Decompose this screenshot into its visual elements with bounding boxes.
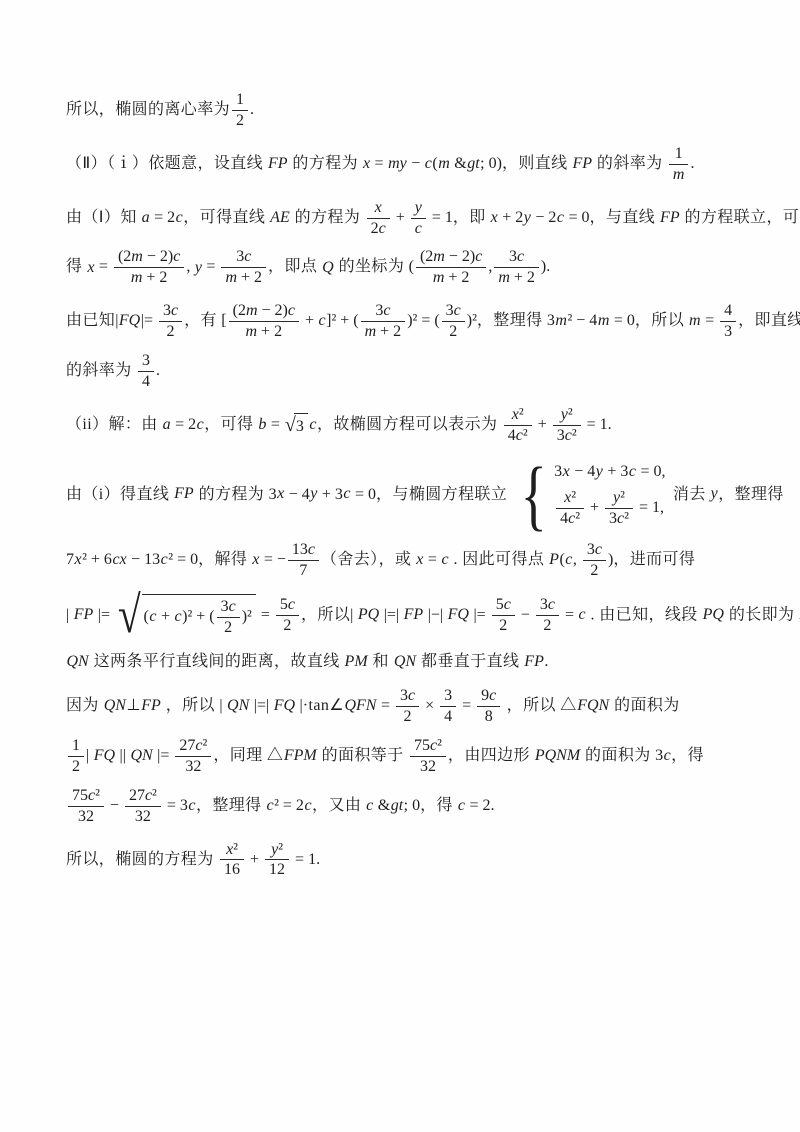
denominator: c xyxy=(411,218,426,238)
math-run: 3 xyxy=(296,418,304,435)
text-line: 由已知|FQ|= 3c2，有 [(2m − 2)cm + 2 + c]² + (… xyxy=(66,301,744,342)
fraction: 75c²32 xyxy=(68,787,104,826)
text-run: 的面积为 xyxy=(581,747,655,764)
denominator: m + 2 xyxy=(494,267,539,287)
math-run: = c xyxy=(561,606,586,623)
fraction: x²4c² xyxy=(504,406,532,445)
math-run: | PQ |=| FP |−| FQ |= xyxy=(350,606,490,623)
math-run: P(c, xyxy=(549,551,581,568)
math-run: + xyxy=(586,499,603,516)
denominator: 2 xyxy=(159,321,182,341)
radicand: (c + c)² + (3c2)² xyxy=(142,594,256,638)
denominator: m + 2 xyxy=(229,321,299,341)
numerator: 3c xyxy=(442,302,465,321)
text-run: ，则直线 xyxy=(502,155,572,172)
math-run: [ xyxy=(221,312,226,329)
math-run: + xyxy=(246,851,263,868)
math-run: × xyxy=(421,697,438,714)
math-run: FPM xyxy=(283,747,317,764)
math-run: m = xyxy=(689,312,719,329)
numerator: 27c² xyxy=(125,787,161,806)
math-run: 3x − 4y + 3c = 0 xyxy=(269,485,376,502)
numerator: 3 xyxy=(440,687,456,706)
text-run: （舍去），或 xyxy=(321,551,416,568)
text-run: 的坐标为 xyxy=(334,259,408,276)
denominator: m + 2 xyxy=(416,267,486,287)
numerator: 3c xyxy=(494,248,539,267)
math-run: | FP |= xyxy=(66,606,114,623)
numerator: 3c xyxy=(221,248,266,267)
text-run: . 由已知，线段 xyxy=(586,606,702,623)
math-run: AE xyxy=(270,209,291,226)
text-run: ，有 xyxy=(184,312,221,329)
fraction: 5c2 xyxy=(276,596,299,635)
paragraph: 所以，椭圆的方程为 x²16 + y²12 = 1. xyxy=(66,840,744,881)
math-run: + c]² + ( xyxy=(301,312,359,329)
text-run: （Ⅱ）（ｉ）依题意，设直线 xyxy=(66,155,267,172)
math-run: FP xyxy=(572,155,593,172)
text-line: 由（i）得直线 FP 的方程为 3x − 4y + 3c = 0，与椭圆方程联立… xyxy=(66,459,744,531)
math-run: = xyxy=(257,606,274,623)
fraction: 12 xyxy=(68,737,84,776)
math-run: 3c xyxy=(655,747,671,764)
math-run: QFN = xyxy=(344,697,394,714)
numerator: 3c xyxy=(159,302,182,321)
math-run: Q xyxy=(322,259,335,276)
numerator: 5c xyxy=(276,596,299,615)
text-run: 所以，椭圆的离心率为 xyxy=(66,101,230,118)
fraction: (2m − 2)cm + 2 xyxy=(416,248,486,287)
text-run: ，整理得 xyxy=(477,312,547,329)
denominator: m + 2 xyxy=(221,267,266,287)
math-run: FQN xyxy=(577,697,610,714)
math-run: x = − xyxy=(252,551,286,568)
numerator: 3c xyxy=(396,687,419,706)
math-run: PQ xyxy=(702,606,724,623)
numerator: 9c xyxy=(477,687,500,706)
numerator: (2m − 2)c xyxy=(416,248,486,267)
text-run: 都垂直于直线 xyxy=(417,653,524,670)
numerator: 1 xyxy=(232,91,248,110)
radicand: 3 xyxy=(294,413,308,438)
math-run: − xyxy=(517,606,534,623)
math-run: )² xyxy=(242,608,252,625)
text-run: ，解得 xyxy=(198,551,252,568)
numerator: 5c xyxy=(492,596,515,615)
system-rows: 3x − 4y + 3c = 0,x²4c² + y²3c² = 1, xyxy=(554,461,665,529)
text-run: ，即 xyxy=(453,209,490,226)
fraction: (2m − 2)cm + 2 xyxy=(114,248,184,287)
denominator: 32 xyxy=(68,806,104,826)
math-run: a = 2c xyxy=(141,209,183,226)
math-run: | QN |=| FQ | xyxy=(219,697,302,714)
square-root: √(c + c)² + (3c2)² xyxy=(115,590,256,642)
fraction: 3cm + 2 xyxy=(221,248,266,287)
math-run: | FQ || QN |= xyxy=(86,747,173,764)
denominator: 2 xyxy=(536,615,559,635)
denominator: 2 xyxy=(492,615,515,635)
text-run: ，所以 △ xyxy=(502,697,576,714)
math-run: b = xyxy=(258,416,284,433)
math-run: . xyxy=(490,797,494,814)
denominator: 3 xyxy=(720,321,736,341)
denominator: 32 xyxy=(125,806,161,826)
paragraph: 因为 QN⊥FP ，所以 | QN |=| FQ |·tan∠QFN = 3c2… xyxy=(66,686,744,826)
text-run: 由（Ⅰ）知 xyxy=(66,209,141,226)
math-run: FP xyxy=(174,485,195,502)
denominator: 2 xyxy=(276,615,299,635)
numerator: 3c xyxy=(583,541,606,560)
fraction: 5c2 xyxy=(492,596,515,635)
numerator: 3c xyxy=(536,596,559,615)
math-run: , y = xyxy=(186,259,219,276)
text-run: ，可得直线 xyxy=(183,209,269,226)
denominator: 3c² xyxy=(605,508,633,528)
text-run: ·tan∠ xyxy=(303,697,344,714)
paragraph: 所以，椭圆的离心率为12. xyxy=(66,90,744,131)
denominator: 2 xyxy=(442,321,465,341)
fraction: 12 xyxy=(232,91,248,130)
math-run: FP xyxy=(141,697,162,714)
math-run: QN xyxy=(103,697,126,714)
denominator: 4c² xyxy=(504,425,532,445)
text-run: ，整理得 xyxy=(196,797,266,814)
math-run: c² = 2c xyxy=(266,797,312,814)
math-run: + xyxy=(534,416,551,433)
math-run: − xyxy=(106,797,123,814)
math-run: = 1 xyxy=(291,851,316,868)
math-run: FP xyxy=(267,155,288,172)
denominator: 2c xyxy=(367,218,390,238)
fraction: 3c2 xyxy=(159,302,182,341)
text-run: ，得 xyxy=(671,747,704,764)
math-run: x = c xyxy=(416,551,449,568)
denominator: 16 xyxy=(220,859,244,879)
math-run: . xyxy=(690,155,694,172)
numerator: x xyxy=(367,199,390,218)
text-run: ，即点 xyxy=(268,259,322,276)
numerator: y xyxy=(411,199,426,218)
math-run: . xyxy=(250,101,254,118)
text-line: 7x² + 6cx − 13c² = 0，解得 x = −13c7（舍去），或 … xyxy=(66,540,744,581)
text-run: ，整理得 xyxy=(718,485,784,502)
math-run: . xyxy=(544,653,548,670)
numerator: (2m − 2)c xyxy=(229,302,299,321)
math-run: x + 2y − 2c = 0 xyxy=(490,209,589,226)
radical-icon: √ xyxy=(118,590,141,642)
text-run: ，所以 xyxy=(301,606,350,623)
equation-system: {3x − 4y + 3c = 0,x²4c² + y²3c² = 1, xyxy=(515,461,666,529)
fraction: 3c2 xyxy=(442,302,465,341)
math-run: = 1, xyxy=(635,499,664,516)
text-run: 得 xyxy=(66,259,87,276)
document-page: 所以，椭圆的离心率为12.（Ⅱ）（ｉ）依题意，设直线 FP 的方程为 x = m… xyxy=(0,0,800,1132)
fraction: y²12 xyxy=(265,841,289,880)
text-run: ，进而可得 xyxy=(613,551,695,568)
text-run: 的长即为 xyxy=(724,606,798,623)
fraction: (2m − 2)cm + 2 xyxy=(229,302,299,341)
numerator: 3 xyxy=(138,352,154,371)
math-run: FP xyxy=(660,209,681,226)
text-run: ，即直线 xyxy=(738,312,800,329)
fraction: 3c2 xyxy=(583,541,606,580)
text-run: ，由四边形 xyxy=(448,747,534,764)
numerator: 3c xyxy=(217,598,240,617)
math-run: QN xyxy=(66,653,89,670)
denominator: 4 xyxy=(440,706,456,726)
numerator: 75c² xyxy=(68,787,104,806)
text-run: 的方程为 xyxy=(288,155,362,172)
text-line: QN 这两条平行直线间的距离，故直线 PM 和 QN 都垂直于直线 FP. xyxy=(66,651,744,673)
math-run: PM xyxy=(344,653,368,670)
math-run: a = 2c xyxy=(162,416,204,433)
square-root: √3 xyxy=(285,413,308,438)
fraction: 13c7 xyxy=(288,541,319,580)
fraction: y²3c² xyxy=(553,406,581,445)
math-run: . xyxy=(156,362,160,379)
text-run: 所以，椭圆的方程为 xyxy=(66,851,218,868)
text-line: （Ⅱ）（ｉ）依题意，设直线 FP 的方程为 x = my − c(m &gt; … xyxy=(66,144,744,185)
numerator: 1 xyxy=(669,145,689,164)
fraction: x²4c² xyxy=(556,489,584,528)
fraction: 75c²32 xyxy=(410,737,446,776)
numerator: 13c xyxy=(288,541,319,560)
math-run: = 1 xyxy=(583,416,608,433)
math-run: c = 2 xyxy=(457,797,490,814)
math-run: FP xyxy=(524,653,545,670)
math-run: = 1 xyxy=(428,209,453,226)
denominator: 2 xyxy=(583,560,606,580)
text-run: 由（i）得直线 xyxy=(66,485,174,502)
text-line: 的斜率为 34. xyxy=(66,351,744,392)
text-line: 12| FQ || QN |= 27c²32，同理 △FPM 的面积等于 75c… xyxy=(66,736,744,777)
numerator: y² xyxy=(265,841,289,860)
denominator: 8 xyxy=(477,706,500,726)
paragraph: 由（Ⅰ）知 a = 2c，可得直线 AE 的方程为 x2c + yc = 1，即… xyxy=(66,198,744,289)
numerator: y² xyxy=(553,406,581,425)
math-run: , xyxy=(488,259,492,276)
numerator: 4 xyxy=(720,302,736,321)
math-run: c &gt; 0 xyxy=(366,797,420,814)
fraction: y²3c² xyxy=(605,489,633,528)
denominator: 4 xyxy=(138,371,154,391)
math-run: x = xyxy=(87,259,112,276)
text-run: ，可得 xyxy=(204,416,258,433)
math-run: . xyxy=(608,416,612,433)
numerator: 3c xyxy=(361,302,406,321)
text-line: 所以，椭圆的离心率为12. xyxy=(66,90,744,131)
text-line: （ii）解：由 a = 2c，可得 b = √3c，故椭圆方程可以表示为 x²4… xyxy=(66,405,744,446)
math-run: |FQ|= xyxy=(115,312,157,329)
denominator: m + 2 xyxy=(114,267,184,287)
paragraph: （ii）解：由 a = 2c，可得 b = √3c，故椭圆方程可以表示为 x²4… xyxy=(66,405,744,446)
numerator: x² xyxy=(504,406,532,425)
denominator: m xyxy=(669,164,689,184)
paragraph: 由已知|FQ|= 3c2，有 [(2m − 2)cm + 2 + c]² + (… xyxy=(66,301,744,392)
text-run: 由已知 xyxy=(66,312,115,329)
fraction: 27c²32 xyxy=(175,737,211,776)
math-run: QN xyxy=(393,653,416,670)
text-run: ，同理 △ xyxy=(213,747,283,764)
text-line: 因为 QN⊥FP ，所以 | QN |=| FQ |·tan∠QFN = 3c2… xyxy=(66,686,744,727)
brace-icon: { xyxy=(520,464,546,526)
text-run: ，与直线 xyxy=(590,209,660,226)
paragraph: （Ⅱ）（ｉ）依题意，设直线 FP 的方程为 x = my − c(m &gt; … xyxy=(66,144,744,185)
fraction: 3c2 xyxy=(396,687,419,726)
denominator: 2 xyxy=(396,706,419,726)
numerator: x² xyxy=(556,489,584,508)
numerator: y² xyxy=(605,489,633,508)
document-content: 所以，椭圆的离心率为12.（Ⅱ）（ｉ）依题意，设直线 FP 的方程为 x = m… xyxy=(0,0,800,880)
text-run: ，所以 xyxy=(161,697,219,714)
denominator: 12 xyxy=(265,859,289,879)
fraction: 43 xyxy=(720,302,736,341)
fraction: 27c²32 xyxy=(125,787,161,826)
text-run: . 因此可得点 xyxy=(449,551,549,568)
denominator: 4c² xyxy=(556,508,584,528)
system-row: 3x − 4y + 3c = 0, xyxy=(554,461,665,483)
fraction: x2c xyxy=(367,199,390,238)
text-run: 这两条平行直线间的距离，故直线 xyxy=(89,653,344,670)
math-run: + xyxy=(392,209,409,226)
numerator: x² xyxy=(220,841,244,860)
math-run: . xyxy=(316,851,320,868)
numerator: 75c² xyxy=(410,737,446,756)
text-line: 75c²32 − 27c²32 = 3c，整理得 c² = 2c，又由 c &g… xyxy=(66,786,744,827)
fraction: 3cm + 2 xyxy=(361,302,406,341)
text-run: ⊥ xyxy=(126,697,140,714)
math-run: ( xyxy=(409,259,414,276)
text-line: 由（Ⅰ）知 a = 2c，可得直线 AE 的方程为 x2c + yc = 1，即… xyxy=(66,198,744,239)
paragraph: 由（i）得直线 FP 的方程为 3x − 4y + 3c = 0，与椭圆方程联立… xyxy=(66,459,744,673)
text-run: ，故椭圆方程可以表示为 xyxy=(317,416,502,433)
text-run: ，又由 xyxy=(312,797,366,814)
text-run: ，与椭圆方程联立 xyxy=(376,485,512,502)
math-run: )² xyxy=(467,312,477,329)
denominator: m + 2 xyxy=(361,321,406,341)
fraction: yc xyxy=(411,199,426,238)
math-run: 3x − 4y + 3c = 0, xyxy=(554,463,665,480)
text-run: ，得 xyxy=(420,797,457,814)
denominator: 2 xyxy=(232,110,248,130)
math-run: PQNM xyxy=(534,747,580,764)
numerator: (2m − 2)c xyxy=(114,248,184,267)
text-line: 得 x = (2m − 2)cm + 2, y = 3cm + 2，即点 Q 的… xyxy=(66,247,744,288)
text-run: 的面积等于 xyxy=(317,747,408,764)
math-run: )² = ( xyxy=(407,312,439,329)
math-run: x = my − c(m &gt; 0) xyxy=(362,155,502,172)
numerator: 1 xyxy=(68,737,84,756)
denominator: 2 xyxy=(217,617,240,637)
text-run: 消去 xyxy=(669,485,711,502)
fraction: 34 xyxy=(138,352,154,391)
text-line: | FP |= √(c + c)² + (3c2)² = 5c2，所以| PQ … xyxy=(66,590,744,642)
fraction: 34 xyxy=(440,687,456,726)
fraction: 9c8 xyxy=(477,687,500,726)
math-run: 3m² − 4m = 0 xyxy=(547,312,635,329)
math-run: ). xyxy=(541,259,550,276)
math-run: = 3c xyxy=(163,797,196,814)
denominator: 7 xyxy=(288,560,319,580)
fraction: 3cm + 2 xyxy=(494,248,539,287)
system-row: x²4c² + y²3c² = 1, xyxy=(554,488,665,529)
fraction: 3c2 xyxy=(217,598,240,637)
denominator: 32 xyxy=(410,756,446,776)
denominator: 3c² xyxy=(553,425,581,445)
numerator: 27c² xyxy=(175,737,211,756)
denominator: 2 xyxy=(68,756,84,776)
text-run: （ii）解：由 xyxy=(66,416,162,433)
text-run: 的方程为 xyxy=(194,485,268,502)
fraction: 1m xyxy=(669,145,689,184)
math-run: = xyxy=(458,697,475,714)
denominator: 32 xyxy=(175,756,211,776)
text-run: 的面积为 xyxy=(610,697,680,714)
math-run: (c + c)² + ( xyxy=(144,608,215,625)
text-run: 的方程为 xyxy=(290,209,364,226)
text-run: 的斜率为 xyxy=(593,155,667,172)
fraction: 3c2 xyxy=(536,596,559,635)
math-run: 7x² + 6cx − 13c² = 0 xyxy=(66,551,198,568)
text-run: ，所以 xyxy=(635,312,689,329)
math-run: c xyxy=(309,416,317,433)
text-run: 因为 xyxy=(66,697,103,714)
text-run: 和 xyxy=(368,653,393,670)
text-run: 的斜率为 xyxy=(66,362,136,379)
fraction: x²16 xyxy=(220,841,244,880)
text-line: 所以，椭圆的方程为 x²16 + y²12 = 1. xyxy=(66,840,744,881)
text-run: 的方程联立，可解 xyxy=(680,209,800,226)
